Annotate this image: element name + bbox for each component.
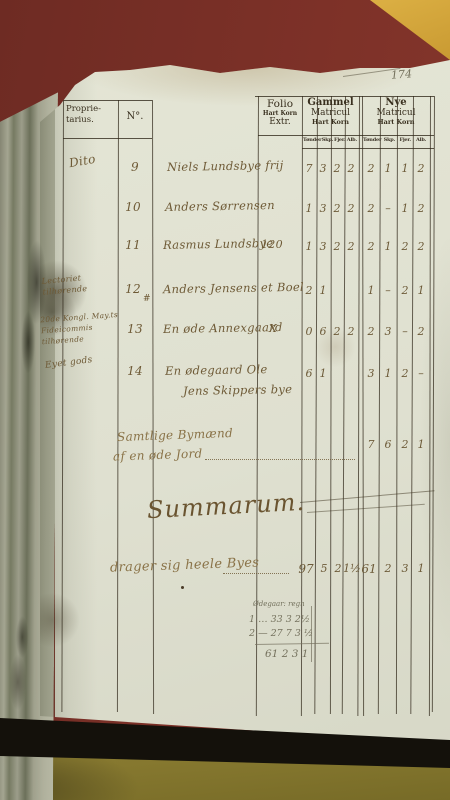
hartkorn-value: – xyxy=(414,367,428,380)
pencil-note-heading: Ødegaar: regn xyxy=(253,600,305,608)
hartkorn-value: 2 xyxy=(398,367,412,380)
hartkorn-value: – xyxy=(381,202,395,215)
unit-label: Tønder xyxy=(363,137,381,143)
table-vline xyxy=(117,100,119,712)
unit-label: Fjer. xyxy=(397,137,413,143)
unit-label: Alb. xyxy=(413,137,429,143)
hartkorn-value: 2 xyxy=(414,162,428,175)
hartkorn-value: 2 xyxy=(364,240,378,253)
summary-value: 3 xyxy=(398,562,412,575)
rule-line xyxy=(63,100,152,101)
col-header-nye: Nye Matricul Hart Korn xyxy=(362,97,430,126)
hartkorn-value: 2 xyxy=(364,202,378,215)
hartkorn-value: 2 xyxy=(330,325,344,338)
ledger-page: 174 Proprie- tarius. N°. Folio Hart Korn… xyxy=(55,60,450,760)
folio-extr: Extr. xyxy=(258,117,302,127)
hartkorn-value: 3 xyxy=(316,202,330,215)
pencil-note-line: 2 — 27 7 3 ½ xyxy=(249,628,313,639)
hartkorn-value: 2 xyxy=(344,162,358,175)
holding-name: Rasmus Lundsbye xyxy=(163,236,274,252)
hartkorn-value: 0 xyxy=(302,325,316,338)
ink-dot xyxy=(181,586,184,589)
dotted-leader xyxy=(205,458,355,460)
hartkorn-value: 1 xyxy=(398,202,412,215)
hartkorn-value: 1 xyxy=(381,367,395,380)
nye-line2: Matricul xyxy=(362,108,430,118)
photo-of-ledger: 174 Proprie- tarius. N°. Folio Hart Korn… xyxy=(0,0,450,800)
summary-value: 1 xyxy=(414,562,428,575)
hartkorn-value: 2 xyxy=(398,284,412,297)
hartkorn-value: 2 xyxy=(344,240,358,253)
gammel-unit-headers: Tønder Skp. Fjer. Alb. xyxy=(303,137,358,143)
table-vline xyxy=(362,96,364,716)
proprietor-note: Dito xyxy=(68,152,97,170)
row-number: 14 xyxy=(123,364,147,378)
nye-unit-headers: Tønder Skp. Fjer. Alb. xyxy=(363,137,429,143)
holding-name: Samtlige Bymænd xyxy=(117,426,233,444)
table-vline xyxy=(410,96,414,714)
hartkorn-value: 2 xyxy=(414,325,428,338)
hartkorn-value: 1 xyxy=(381,162,395,175)
hartkorn-value: 2 xyxy=(330,162,344,175)
dotted-leader xyxy=(223,572,289,574)
hartkorn-value: 2 xyxy=(398,240,412,253)
holding-name: En ødegaard Ole xyxy=(165,362,268,378)
hartkorn-value: 1 xyxy=(414,438,428,451)
holding-name: Anders Jensens et Boel xyxy=(163,280,304,296)
unit-label: Alb. xyxy=(346,137,358,143)
hartkorn-value: 3 xyxy=(316,240,330,253)
book-spine xyxy=(0,92,58,800)
summary-value: 61 xyxy=(357,562,381,576)
pencil-vline xyxy=(311,606,312,662)
unit-label: Fjer. xyxy=(334,137,346,143)
folio-value: X xyxy=(269,322,289,335)
gammel-title: Gammel xyxy=(302,97,359,108)
col-header-proprietarius: Proprie- tarius. xyxy=(66,104,116,126)
folio-title: Folio xyxy=(258,98,302,110)
pen-stroke xyxy=(307,504,425,513)
holding-name-line2: Jens Skippers bye xyxy=(183,382,292,398)
pencil-note-line: 1 … 33 3 2½ xyxy=(249,614,310,625)
rule-line xyxy=(302,148,434,149)
unit-label: Tønder xyxy=(303,137,321,143)
table-vline xyxy=(429,96,431,716)
hartkorn-value: – xyxy=(381,284,395,297)
hartkorn-value: 3 xyxy=(316,162,330,175)
table-vline xyxy=(342,96,346,714)
pencil-underline xyxy=(255,643,329,645)
row-number: 9 xyxy=(125,160,145,174)
col-header-no: N°. xyxy=(118,111,152,122)
table-vline xyxy=(330,96,332,714)
folio-value: 120 xyxy=(261,238,289,251)
table-vline xyxy=(314,96,318,714)
pen-stroke xyxy=(300,490,435,503)
holding-name-line2: af en øde Jord xyxy=(113,446,203,463)
table-vline xyxy=(152,100,154,714)
hartkorn-value: 1 xyxy=(302,202,316,215)
hartkorn-value: 1 xyxy=(316,367,330,380)
hartkorn-value: 2 xyxy=(364,325,378,338)
hartkorn-value: 6 xyxy=(381,438,395,451)
summary-title: Summarum. xyxy=(146,488,305,524)
hartkorn-value: 3 xyxy=(364,367,378,380)
hartkorn-value: 7 xyxy=(302,162,316,175)
holding-name: Anders Sørrensen xyxy=(165,198,275,214)
pencil-note-total: 61 2 3 1 xyxy=(265,648,308,660)
hartkorn-value: 7 xyxy=(364,438,378,451)
unit-label: Skp. xyxy=(381,137,397,143)
hartkorn-value: 2 xyxy=(330,202,344,215)
table-vline xyxy=(378,96,381,714)
row-number: 11 xyxy=(121,238,145,252)
table-vline xyxy=(61,100,64,712)
hartkorn-value: 3 xyxy=(381,325,395,338)
rule-line xyxy=(258,135,434,136)
summary-value: 5 xyxy=(317,562,331,575)
col-header-folio: Folio Hart Korn Extr. xyxy=(258,98,302,127)
table-vline xyxy=(432,96,435,712)
table-vline xyxy=(396,96,398,714)
rule-line xyxy=(63,138,152,139)
row-number: 12 xyxy=(121,282,145,296)
holding-name: En øde Annexgaard xyxy=(163,320,283,336)
row-number: 10 xyxy=(121,200,145,214)
unit-label: Skp. xyxy=(321,137,333,143)
hartkorn-value: – xyxy=(398,325,412,338)
summary-value: 97 xyxy=(293,562,319,576)
hartkorn-value: 2 xyxy=(414,202,428,215)
hartkorn-value: 1 xyxy=(316,284,330,297)
row-number: 13 xyxy=(123,322,147,336)
nye-title: Nye xyxy=(362,97,430,108)
hartkorn-value: 2 xyxy=(414,240,428,253)
hartkorn-value: 2 xyxy=(330,240,344,253)
summary-value: 2 xyxy=(381,562,395,575)
hartkorn-value: 1 xyxy=(302,240,316,253)
hartkorn-value: 1 xyxy=(381,240,395,253)
hartkorn-value: 6 xyxy=(302,367,316,380)
nye-line3: Hart Korn xyxy=(362,118,430,126)
hartkorn-value: 1 xyxy=(364,284,378,297)
hartkorn-value: 2 xyxy=(344,202,358,215)
holding-name: Niels Lundsbye frij xyxy=(167,158,284,174)
table-vline xyxy=(357,96,360,716)
hartkorn-value: 2 xyxy=(302,284,316,297)
col-header-gammel: Gammel Matricul Hart Korn xyxy=(302,97,359,126)
folio-subtitle: Hart Korn xyxy=(258,110,302,117)
table-surface-yellow-corner xyxy=(366,0,450,60)
hartkorn-value: 2 xyxy=(398,438,412,451)
hartkorn-value: 1 xyxy=(414,284,428,297)
hartkorn-value: 2 xyxy=(364,162,378,175)
gammel-line2: Matricul xyxy=(302,108,359,118)
gammel-line3: Hart Korn xyxy=(302,118,359,126)
hartkorn-value: 6 xyxy=(316,325,330,338)
hartkorn-value: 2 xyxy=(344,325,358,338)
hartkorn-value: 1 xyxy=(398,162,412,175)
